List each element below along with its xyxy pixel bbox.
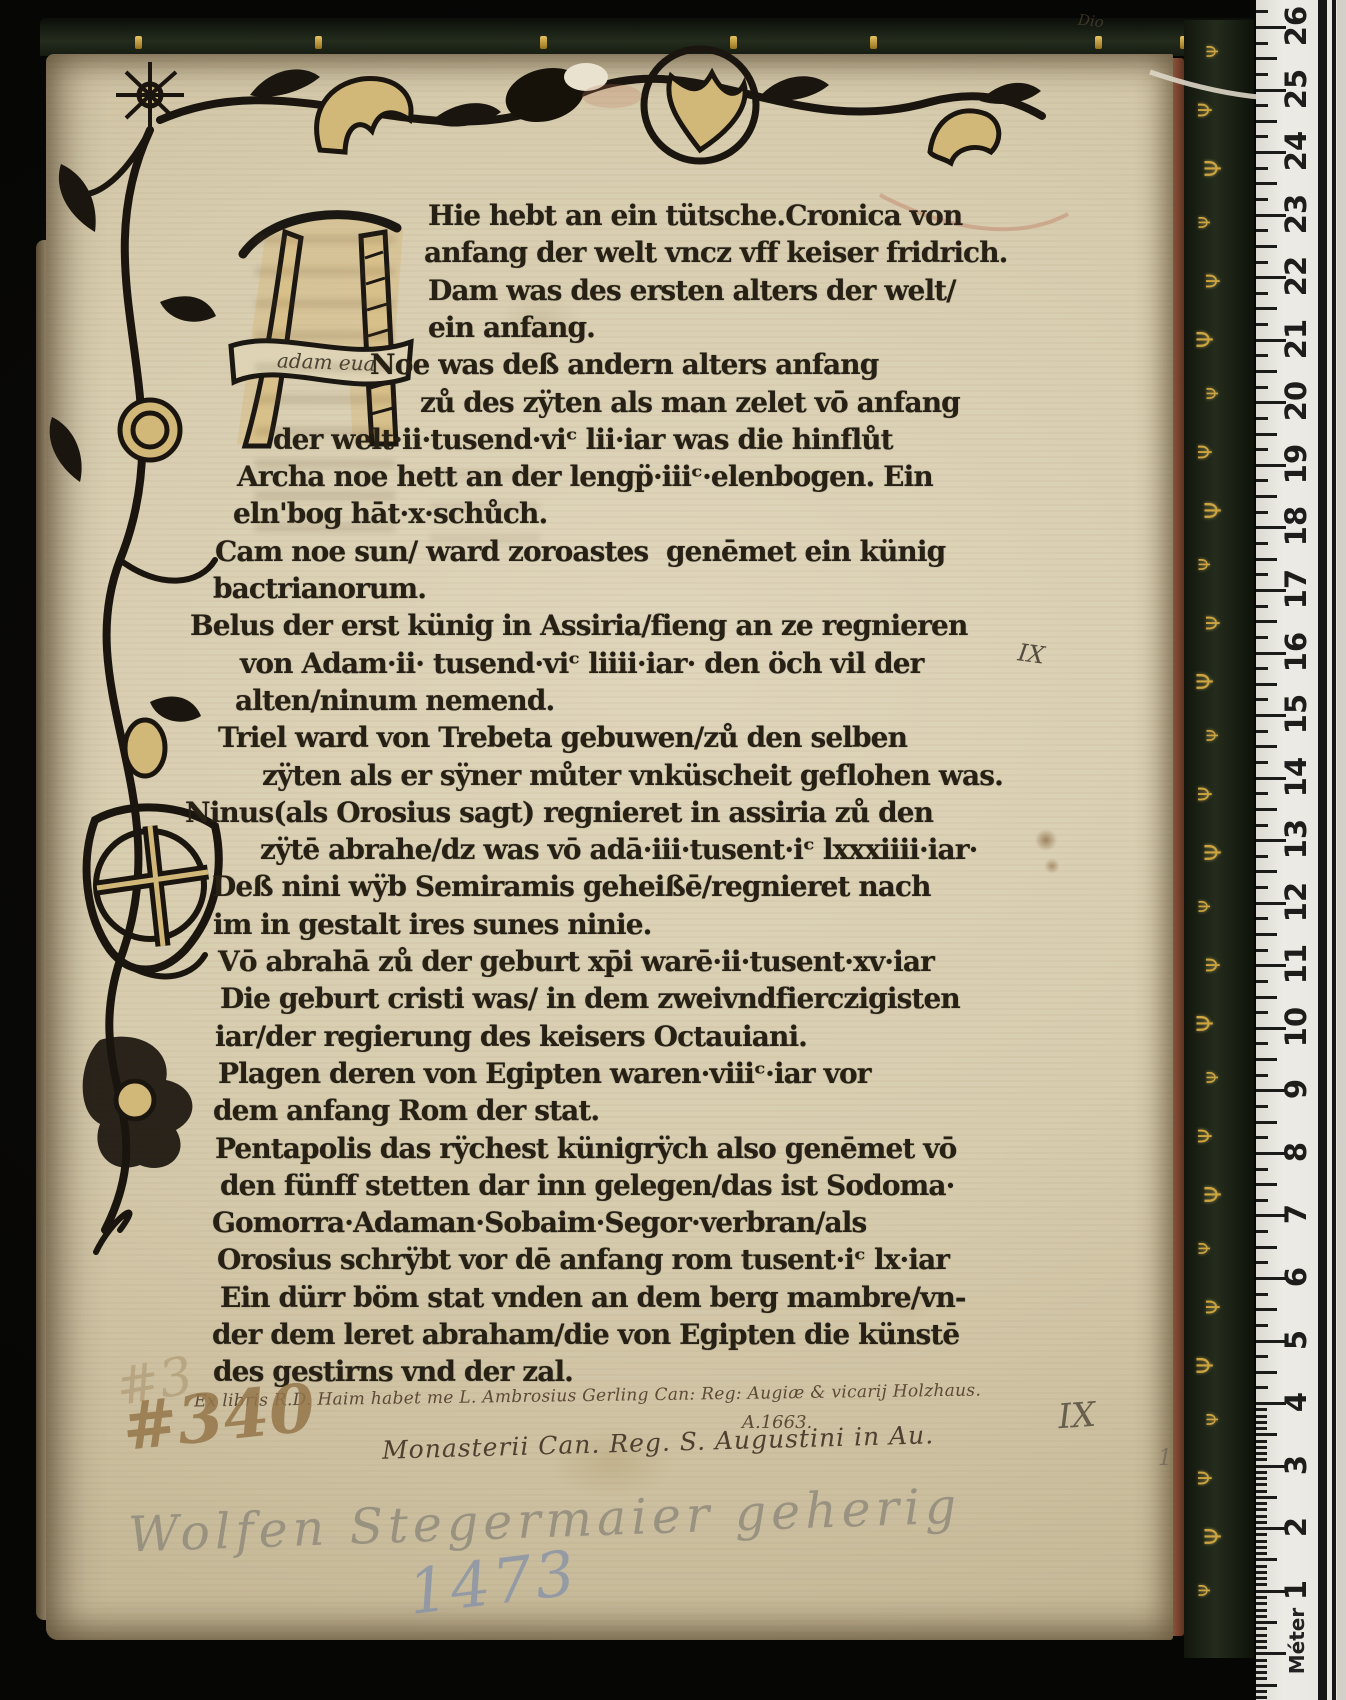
ruler-tick (1256, 1371, 1277, 1374)
ruler-tick (1256, 292, 1268, 295)
ruler-tick (1256, 1496, 1277, 1499)
ruler-tick (1256, 1477, 1267, 1480)
measuring-ruler: Méter 1234567891011121314151617181920212… (1256, 0, 1346, 1700)
ruler-number: 4 (1283, 1370, 1309, 1434)
printed-line: Noe was deß andern alters anfang (370, 348, 878, 381)
ruler-number: 3 (1283, 1433, 1309, 1497)
ruler-tick (1256, 1011, 1268, 1014)
printed-line: zů des zÿten als man zelet vō anfang (420, 386, 960, 419)
ruler-number: 22 (1283, 244, 1309, 308)
ruler-number: 8 (1283, 1120, 1309, 1184)
ruler-tick (1256, 683, 1277, 686)
ruler-tick (1256, 1640, 1267, 1643)
ruler-tick (1256, 1440, 1267, 1443)
ruler-tick (1256, 1230, 1268, 1233)
printed-line: Archa noe hett an der lengp̈·iiiᶜ·elenbo… (237, 460, 933, 493)
printed-line: Orosius schrÿbt vor dē anfang rom tusent… (217, 1243, 949, 1276)
ruler-tick (1256, 433, 1277, 436)
ruler-border-line-thick (1318, 0, 1327, 1700)
ruler-tick (1256, 855, 1268, 858)
ruler-number: 13 (1283, 807, 1309, 871)
ruler-number: 16 (1283, 620, 1309, 684)
ruler-tick (1256, 1490, 1267, 1493)
printed-line: Cam noe sun/ ward zoroastes genēmet ein … (215, 535, 945, 568)
ruler-tick (1256, 542, 1268, 545)
ruler-border-line-thin (1332, 0, 1336, 1700)
ruler-tick (1256, 135, 1268, 138)
folio-mark: IX (1016, 638, 1046, 669)
ruler-tick (1256, 1634, 1267, 1637)
ruler-tick (1256, 824, 1268, 827)
ruler-tick (1256, 1246, 1277, 1249)
ruler-tick (1256, 10, 1268, 13)
ruler-tick (1256, 886, 1268, 889)
ruler-tick (1256, 1293, 1268, 1296)
ruler-tick (1256, 1659, 1267, 1662)
ruler-tick (1256, 1308, 1277, 1311)
ruler-tick (1256, 1696, 1267, 1699)
ruler-tick (1256, 605, 1268, 608)
ruler-tick (1256, 1508, 1267, 1511)
ruler-tick (1256, 1546, 1267, 1549)
ruler-tick (1256, 1665, 1267, 1668)
ruler-tick (1256, 261, 1268, 264)
ruler-tick (1256, 1452, 1267, 1455)
ruler-number: 18 (1283, 494, 1309, 558)
ruler-tick (1256, 1427, 1267, 1430)
ruler-number: 2 (1283, 1495, 1309, 1559)
ruler-tick (1256, 1652, 1286, 1655)
ruler-tick (1256, 1421, 1267, 1424)
printed-line: im in gestalt ires sunes ninie. (213, 908, 651, 941)
ruler-tick (1256, 808, 1277, 811)
printed-line: Triel ward von Trebeta gebuwen/zů den se… (218, 721, 907, 754)
ruler-tick (1256, 1386, 1268, 1389)
ruler-tick (1256, 167, 1268, 170)
ruler-tick (1256, 370, 1277, 373)
ruler-number: 25 (1283, 57, 1309, 121)
ruler-tick (1256, 1136, 1268, 1139)
ruler-tick (1256, 917, 1268, 920)
ruler-number: 12 (1283, 870, 1309, 934)
ruler-tick (1256, 1521, 1267, 1524)
printed-line: anfang der welt vncz vff keiser fridrich… (424, 236, 1008, 269)
ruler-tick (1256, 1552, 1267, 1555)
ruler-tick (1256, 1261, 1268, 1264)
printed-line: bactrianorum. (213, 572, 426, 605)
ruler-number: 6 (1283, 1245, 1309, 1309)
ruler-tick (1256, 792, 1268, 795)
ruler-tick (1256, 698, 1268, 701)
ruler-tick (1256, 495, 1277, 498)
ruler-tick (1256, 229, 1268, 232)
ruler-number: 20 (1283, 369, 1309, 433)
ruler-number: 5 (1283, 1308, 1309, 1372)
daisy-petals (116, 62, 184, 128)
ruler-tick (1256, 1324, 1268, 1327)
ruler-tick (1256, 573, 1268, 576)
ruler-number: 26 (1283, 0, 1309, 58)
ruler-tick (1256, 1615, 1267, 1618)
ruler-number: 7 (1283, 1182, 1309, 1246)
ruler-tick (1256, 120, 1277, 123)
shield-with-cross (87, 807, 219, 969)
ruler-tick (1256, 1074, 1268, 1077)
printed-line: Gomorra·Adaman·Sobaim·Segor·verbran/als (212, 1206, 866, 1239)
printed-line: Pentapolis das rÿchest künigrÿch also ge… (215, 1132, 956, 1165)
printed-line: Ein dürr böm stat vnden an dem berg mamb… (220, 1281, 966, 1314)
ruler-tick (1256, 1199, 1268, 1202)
ruler-number: 11 (1283, 932, 1309, 996)
ruler-tick (1256, 1690, 1267, 1693)
ruler-tick (1256, 1483, 1267, 1486)
printed-line: Dam was des ersten alters der welt/ (428, 274, 956, 307)
ruler-edge-zone (1337, 0, 1346, 1700)
ruler-tick (1256, 761, 1268, 764)
ruler-tick (1256, 1602, 1267, 1605)
ruler-number: 17 (1283, 557, 1309, 621)
ruler-tick (1256, 667, 1268, 670)
printed-line: zÿtē abrahe/dz was vō adā·iii·tusent·iᶜ … (260, 833, 977, 866)
ruler-tick (1256, 1533, 1267, 1536)
stray-digit: 1 (1158, 1446, 1172, 1471)
ruler-tick (1256, 1446, 1267, 1449)
ruler-tick (1256, 1433, 1277, 1436)
ruler-number: 14 (1283, 745, 1309, 809)
ruler-tick (1256, 57, 1277, 60)
ruler-tick (1256, 1408, 1267, 1411)
printed-line: Hie hebt an ein tütsche.Cronica von (428, 199, 962, 232)
ruler-tick (1256, 1540, 1267, 1543)
ruler-tick (1256, 354, 1268, 357)
ruler-tick (1256, 1646, 1267, 1649)
ruler-tick (1256, 1596, 1267, 1599)
ruler-tick (1256, 636, 1268, 639)
ruler-tick (1256, 1609, 1267, 1612)
ruler-tick (1256, 1677, 1267, 1680)
ruler-tick (1256, 745, 1277, 748)
printed-line: zÿten als er sÿner můter vnküscheit gefl… (262, 759, 1003, 792)
printed-line: alten/ninum nemend. (235, 684, 554, 717)
printed-line: von Adam·ii· tusend·viᶜ liiii·iar· den ö… (240, 647, 924, 680)
ruler-tick (1256, 1168, 1268, 1171)
ruler-number: 19 (1283, 432, 1309, 496)
printed-line: dem anfang Rom der stat. (213, 1094, 599, 1127)
ruler-tick (1256, 1183, 1277, 1186)
ruler-tick (1256, 1121, 1277, 1124)
printed-line: ein anfang. (428, 311, 595, 344)
printed-line: der dem leret abraham/die von Egipten di… (212, 1318, 959, 1351)
ruler-tick (1256, 1502, 1267, 1505)
book-photograph: ΨΨΨΨΨΨΨΨΨΨΨΨΨΨΨΨΨΨΨΨΨΨΨΨΨΨΨΨ (0, 0, 1346, 1700)
ruler-tick (1256, 1684, 1277, 1687)
ruler-tick (1256, 1565, 1267, 1568)
ink-scribble: IX (1057, 1395, 1097, 1438)
ruler-tick (1256, 307, 1277, 310)
ruler-tick (1256, 1621, 1277, 1624)
ruler-tick (1256, 479, 1268, 482)
ruler-tick (1256, 198, 1268, 201)
ruler-tick (1256, 949, 1268, 952)
ruler-tick (1256, 1058, 1277, 1061)
printed-line: Deß nini wÿb Semiramis geheißē/regnieret… (212, 870, 931, 903)
ruler-tick (1256, 42, 1268, 45)
ruler-tick (1256, 1577, 1267, 1580)
printed-line: Ninus(als Orosius sagt) regnieret in ass… (185, 796, 933, 829)
ruler-tick (1256, 1515, 1267, 1518)
ruler-tick (1256, 73, 1268, 76)
ruler-tick (1256, 1458, 1267, 1461)
ruler-tick (1256, 980, 1268, 983)
ruler-tick (1256, 1571, 1267, 1574)
ruler-tick (1256, 620, 1277, 623)
ruler-tick (1256, 933, 1277, 936)
ruler-tick (1256, 1355, 1268, 1358)
ruler-number: 15 (1283, 682, 1309, 746)
printed-line: Die geburt cristi was/ in dem zweivndfie… (220, 982, 960, 1015)
printed-line: der welt·ii·tusend·viᶜ lii·iar was die h… (273, 423, 893, 456)
ruler-number: 24 (1283, 119, 1309, 183)
ruler-tick (1256, 448, 1268, 451)
ruler-tick (1256, 730, 1268, 733)
ruler-tick (1256, 1415, 1267, 1418)
printed-line: Belus der erst künig in Assiria/fieng an… (190, 609, 967, 642)
ruler-tick (1256, 511, 1268, 514)
ruler-tick (1256, 182, 1277, 185)
ruler-number: 21 (1283, 307, 1309, 371)
ruler-number: 10 (1283, 995, 1309, 1059)
ruler-tick (1256, 870, 1277, 873)
ruler-tick (1256, 996, 1277, 999)
ruler-number: 1 (1283, 1558, 1309, 1622)
ruler-number: 23 (1283, 182, 1309, 246)
ruler-tick (1256, 1558, 1277, 1561)
ruler-tick (1256, 1583, 1267, 1586)
ruler-number: 9 (1283, 1057, 1309, 1121)
printed-line: iar/der regierung des keisers Octauiani. (215, 1020, 807, 1053)
ruler-tick (1256, 417, 1268, 420)
printed-line: Plagen deren von Egipten waren·viiiᶜ·iar… (218, 1057, 871, 1090)
corner-scribble: Dio (1077, 11, 1105, 32)
printed-line: Vō abrahā zů der geburt xp̄i warē·ii·tus… (218, 945, 934, 978)
ruler-tick (1256, 104, 1268, 107)
printed-line: den fünff stetten dar inn gelegen/das is… (220, 1169, 954, 1202)
ruler-tick (1256, 1627, 1267, 1630)
ruler-tick (1256, 245, 1277, 248)
ruler-tick (1256, 1471, 1267, 1474)
ruler-tick (1256, 386, 1268, 389)
ruler-tick (1256, 323, 1268, 326)
ruler-tick (1256, 1671, 1267, 1674)
ruler-tick (1256, 558, 1277, 561)
ink-damage-blob (500, 60, 642, 130)
ruler-tick (1256, 1042, 1268, 1045)
printed-line: eln'bog hāt·x·schůch. (233, 497, 547, 530)
ruler-tick (1256, 1105, 1268, 1108)
